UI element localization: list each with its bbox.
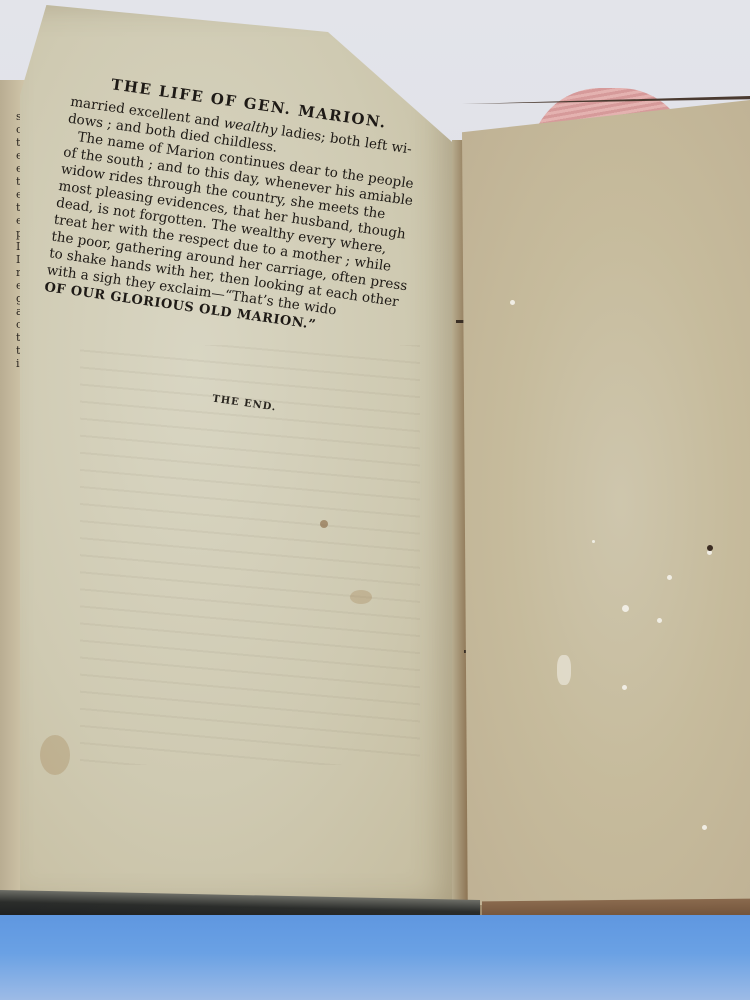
foxing-spot [622, 605, 629, 612]
foxing-spot [592, 540, 595, 543]
foxing-spot [667, 575, 672, 580]
foxing-spot [657, 618, 662, 623]
blue-surface [0, 915, 750, 1000]
foxing-spot [702, 825, 707, 830]
stain [320, 520, 328, 528]
foxing-spot [557, 655, 571, 685]
foxing-spot [510, 300, 515, 305]
stain [40, 735, 70, 775]
right-endpaper [462, 100, 750, 905]
page-text-block: THE LIFE OF GEN. MARION. married excelle… [43, 70, 402, 342]
book-photo: s c t e e t e t e p I I r e g a c t t i … [0, 0, 750, 1000]
stain [707, 545, 713, 551]
stain [350, 590, 372, 604]
foxing-spot [622, 685, 627, 690]
